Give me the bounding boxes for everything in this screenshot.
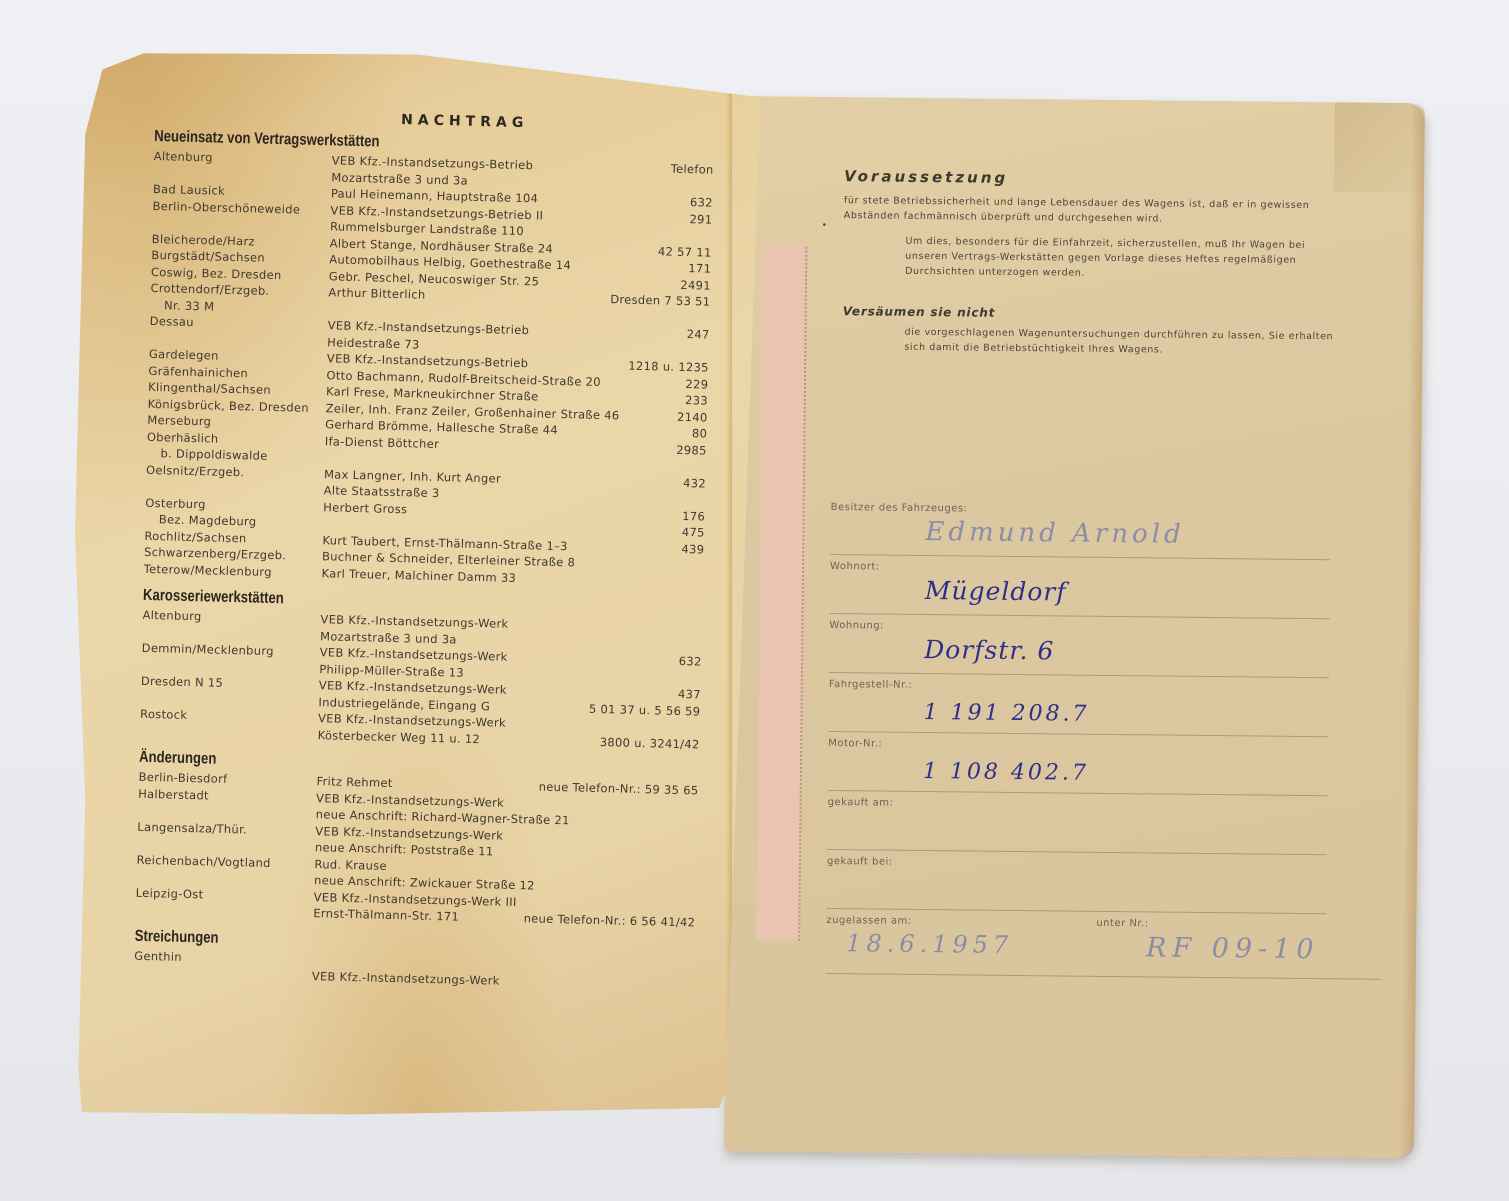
preface-section: Voraussetzung • für stete Betriebssicher… bbox=[842, 167, 1344, 359]
preface-paragraph-1: für stete Betriebssicherheit und lange L… bbox=[844, 193, 1344, 228]
engine-value: 1 108 402.7 bbox=[923, 759, 1089, 786]
supplement-list: NACHTRAG Neueinsatz von Vertragswerkstät… bbox=[134, 106, 715, 994]
reg-number-label: unter Nr.: bbox=[1096, 918, 1148, 930]
field-line bbox=[826, 908, 1326, 914]
reg-number-value: RF 09-10 bbox=[1146, 932, 1320, 965]
owner-label: Besitzer des Fahrzeuges: bbox=[831, 502, 968, 514]
row-phone: neue Telefon-Nr.: 6 56 41/42 bbox=[523, 910, 695, 931]
row-phone: 437 bbox=[678, 686, 701, 703]
row-phone: 2985 bbox=[676, 441, 707, 458]
row-phone: 229 bbox=[685, 376, 708, 393]
field-line bbox=[829, 672, 1329, 678]
chassis-label: Fahrgestell-Nr.: bbox=[829, 679, 913, 691]
preface-title: Voraussetzung bbox=[844, 167, 1344, 190]
chassis-field[interactable]: Fahrgestell-Nr.: 1 191 208.7 bbox=[828, 679, 1329, 743]
row-phone: 632 bbox=[690, 194, 713, 211]
left-page-content-wrap: NACHTRAG Neueinsatz von Vertragswerkstät… bbox=[75, 48, 760, 1123]
field-line bbox=[830, 554, 1330, 560]
engine-field[interactable]: Motor-Nr.: 1 108 402.7 bbox=[828, 738, 1329, 802]
row-phone: 247 bbox=[687, 326, 710, 343]
row-phone: 1218 u. 1235 bbox=[628, 358, 709, 376]
row-phone: 632 bbox=[679, 653, 702, 670]
owner-value: Edmund Arnold bbox=[925, 517, 1185, 550]
reminder-subtitle: Versäumen sie nicht bbox=[843, 304, 1343, 323]
residence-field[interactable]: Wohnort: Mügeldorf bbox=[830, 561, 1331, 625]
field-line bbox=[827, 849, 1327, 855]
engine-label: Motor-Nr.: bbox=[828, 738, 882, 750]
row-entry: Karl Treuer, Malchiner Damm 33 bbox=[321, 565, 516, 586]
row-phone: 475 bbox=[682, 524, 705, 541]
row-phone: 2491 bbox=[680, 276, 711, 293]
row-entry: Fritz Rehmet bbox=[316, 773, 393, 791]
bought-at-label: gekauft bei: bbox=[827, 856, 893, 868]
registration-field[interactable]: zugelassen am: 18.6.1957 unter Nr.: RF 0… bbox=[826, 915, 1327, 979]
reminder-paragraph: die vorgeschlagenen Wagenuntersuchungen … bbox=[904, 325, 1342, 360]
bought-on-label: gekauft am: bbox=[828, 797, 894, 809]
registered-value: 18.6.1957 bbox=[846, 929, 1013, 959]
row-phone: 42 57 11 bbox=[658, 243, 712, 261]
bullet-mark: • bbox=[822, 221, 827, 231]
row-phone: 291 bbox=[689, 211, 712, 228]
row-phone: 80 bbox=[692, 425, 708, 442]
row-entry: VEB Kfz.-Instandsetzungs-Werk bbox=[312, 968, 500, 989]
row-phone: 2140 bbox=[677, 408, 708, 425]
section-rows: GenthinVEB Kfz.-Instandsetzungs-Werk bbox=[134, 947, 695, 994]
address-label: Wohnung: bbox=[829, 620, 884, 632]
row-entry: Ernst-Thälmann-Str. 171 bbox=[313, 905, 459, 925]
bought-on-field[interactable]: gekauft am: bbox=[827, 797, 1328, 861]
row-entry: Herbert Gross bbox=[323, 499, 407, 518]
row-entry: Rud. Krause bbox=[314, 856, 387, 874]
row-entry: Kösterbecker Weg 11 u. 12 bbox=[317, 727, 480, 747]
row-phone: 3800 u. 3241/42 bbox=[600, 734, 700, 753]
address-field[interactable]: Wohnung: Dorfstr. 6 bbox=[829, 620, 1330, 684]
section-rows: Berlin-BiesdorfFritz Rehmetneue Telefon-… bbox=[135, 769, 698, 931]
field-line bbox=[828, 731, 1328, 737]
sections-container: Neueinsatz von VertragswerkstättenAltenb… bbox=[134, 128, 715, 994]
field-line bbox=[826, 973, 1381, 980]
right-page: Voraussetzung • für stete Betriebssicher… bbox=[724, 96, 1425, 1158]
row-phone: 439 bbox=[681, 540, 704, 557]
row-phone: 233 bbox=[685, 392, 708, 409]
owner-form: Besitzer des Fahrzeuges: Edmund Arnold W… bbox=[826, 502, 1331, 979]
preface-paragraph-2: Um dies, besonders für die Einfahrzeit, … bbox=[905, 234, 1343, 284]
residence-value: Mügeldorf bbox=[925, 576, 1067, 606]
registered-label: zugelassen am: bbox=[826, 915, 911, 927]
field-line bbox=[830, 613, 1330, 619]
section-rows: AltenburgVEB Kfz.-Instandsetzungs-WerkMo… bbox=[140, 607, 703, 753]
bought-at-field[interactable]: gekauft bei: bbox=[826, 856, 1327, 920]
row-phone: 432 bbox=[683, 475, 706, 492]
section-rows: AltenburgVEB Kfz.-Instandsetzungs-Betrie… bbox=[143, 148, 713, 591]
field-line bbox=[828, 790, 1328, 796]
pink-binding-strip bbox=[756, 246, 807, 940]
owner-field[interactable]: Besitzer des Fahrzeuges: Edmund Arnold bbox=[830, 502, 1331, 566]
residence-label: Wohnort: bbox=[830, 561, 880, 573]
address-value: Dorfstr. 6 bbox=[924, 635, 1054, 665]
row-phone: 176 bbox=[682, 508, 705, 525]
row-phone: 171 bbox=[688, 260, 711, 277]
row-place: Teterow/Mecklenburg bbox=[143, 560, 323, 581]
row-phone: Telefon bbox=[671, 161, 714, 179]
chassis-value: 1 191 208.7 bbox=[923, 700, 1089, 727]
